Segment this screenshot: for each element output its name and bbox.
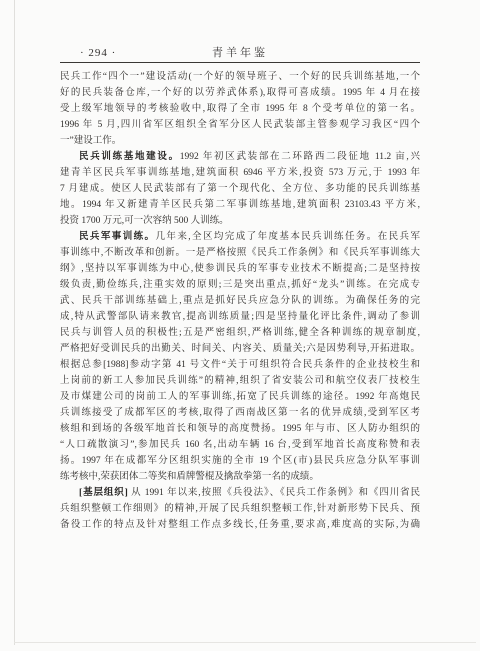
- text-line: [基层组织] 从 1991 年以来,按照《兵役法》、《民兵工作条例》和《四川省民: [60, 485, 420, 501]
- text-line: 民兵与训管人员的积极性;五是严密组织,严格训练,健全各种训练的规章制度,: [60, 325, 420, 341]
- scan-edge-bottom: [14, 642, 476, 643]
- text-line: 武、民兵干部训练基础上,重点是抓好民兵应急分队的训练。为确保任务的完: [60, 293, 420, 309]
- text-line: 投资 1700 万元,可一次容纳 500 人训练。: [60, 213, 420, 229]
- body-text: 民兵工作“四个一”建设活动(一个好的领导班子、一个好的民兵训练基地,一个好的民兵…: [60, 69, 420, 533]
- text-line: 扬。1997 年在成都军分区组织实施的全市 19 个区(市)县民兵应急分队军事训: [60, 453, 420, 469]
- text-line: 建青羊区民兵军事训练基地,建筑面积 6946 平方米,投资 573 万元,于 1…: [60, 165, 420, 181]
- text-line: 民兵军事训练。几年来,全区均完成了年度基本民兵训练任务。在民兵军: [60, 229, 420, 245]
- text-line: “人口疏散演习”,参加民兵 160 名,出动车辆 16 台,受到军地首长高度称赞…: [60, 437, 420, 453]
- text-line: 练考核中,荣获团体二等奖和盾牌警棍及擒敌拳第一名的成绩。: [60, 469, 420, 485]
- header-rule: [60, 62, 420, 63]
- scanned-book-page: · 294 · 青羊年鉴 民兵工作“四个一”建设活动(一个好的领导班子、一个好的…: [0, 0, 480, 651]
- text-line: 级负责,勤俭练兵,注重实效的原则;三是突出重点,抓好“龙头”训练。在完成专: [60, 277, 420, 293]
- text-line: 纲》,坚持以军事训练为中心,使参训民兵的军事专业技术不断提高;二是坚持按: [60, 261, 420, 277]
- text-line: 成,特从武警部队请来教官,提高训练质量;四是坚持量化评比条件,调动了参训: [60, 309, 420, 325]
- text-line: 兵组织整顿工作细则》的精神,开展了民兵组织整顿工作,针对新形势下民兵、预: [60, 501, 420, 517]
- text-line: 核组和到场的各级军地首长和领导的高度赞扬。1995 年与市、区人防办组织的: [60, 421, 420, 437]
- text-line: 一”建设工作。: [60, 133, 420, 149]
- entry-lead: 民兵训练基地建设。: [79, 152, 180, 162]
- entry-lead: 民兵军事训练。: [79, 232, 155, 242]
- text-line: 民兵工作“四个一”建设活动(一个好的领导班子、一个好的民兵训练基地,一个: [60, 69, 420, 85]
- text-line: 好的民兵装备仓库,一个好的以劳养武体系),取得可喜成绩。1995 年 4 月在接: [60, 85, 420, 101]
- text-line: 兵训练接受了成都军区的考核,取得了西南战区第一名的优异成绩,受到军区考: [60, 405, 420, 421]
- page-content: · 294 · 青羊年鉴 民兵工作“四个一”建设活动(一个好的领导班子、一个好的…: [60, 47, 420, 533]
- text-line: 1996 年 5 月,四川省军区组织全省军分区人民武装部主管参观学习我区“四个: [60, 117, 420, 133]
- text-line: 及市煤建公司的岗前工人的军事训练,拓宽了民兵训练的途径。1992 年高炮民: [60, 389, 420, 405]
- text-line: 地。1994 年又新建青羊区民兵第二军事训练基地,建筑面积 23103.43 平…: [60, 197, 420, 213]
- text-line: 严格把好受训民兵的出勤关、时间关、内容关、质量关;六是因势利导,开拓进取。: [60, 341, 420, 357]
- scan-edge-left: [14, 0, 15, 645]
- text-line: 7 月建成。使区人民武装部有了第一个现代化、全方位、多功能的民兵训练基: [60, 181, 420, 197]
- text-line: 民兵训练基地建设。1992 年初区武装部在二环路西二段征地 11.2 亩,兴: [60, 149, 420, 165]
- text-line: 根据总参[1988]参动字第 41 号文件“关于可组织符合民兵条件的企业技校生和: [60, 357, 420, 373]
- text-line: 备役工作的特点及针对整组工作点多线长,任务重,要求高,难度高的实际,为确: [60, 517, 420, 533]
- text-line: 事训练中,不断改革和创新。一是严格按照《民兵工作条例》和《民兵军事训练大: [60, 245, 420, 261]
- running-head: · 294 · 青羊年鉴: [60, 47, 420, 60]
- book-title: 青羊年鉴: [60, 47, 420, 60]
- text-line: 上岗前的新工人参加民兵训练”的精神,组织了省安装公司和航空仪表厂技校生: [60, 373, 420, 389]
- text-line: 受上级军地领导的考核验收中,取得了全市 1995 年 8 个受考单位的第一名。: [60, 101, 420, 117]
- entry-lead: [基层组织]: [79, 488, 128, 498]
